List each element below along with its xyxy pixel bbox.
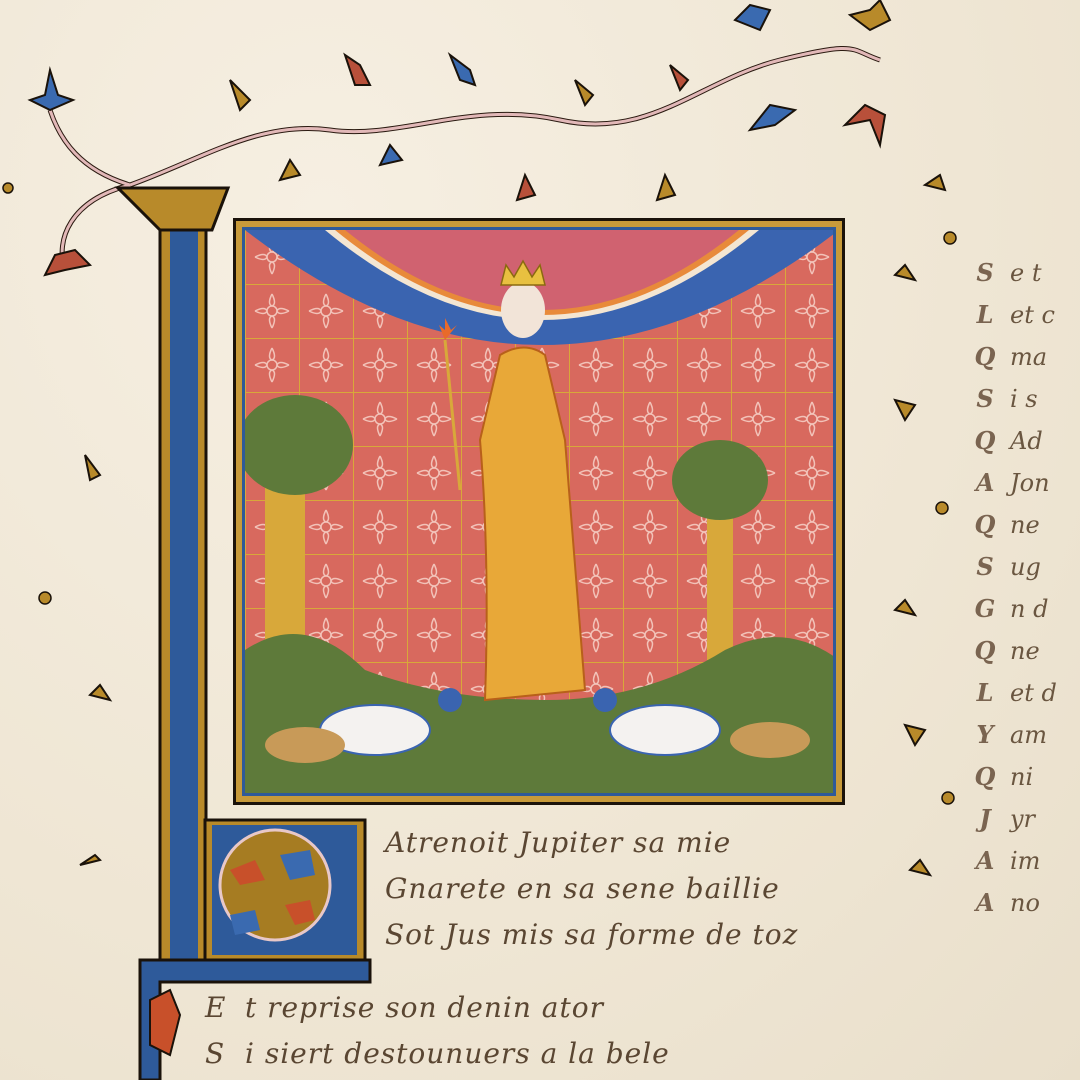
lower-text-block: Et reprise son denin ator Si siert desto… [205, 985, 670, 1077]
text-line: Si s [960, 378, 1080, 420]
miniature-inner-panel [242, 227, 836, 796]
text-line: Gn d [960, 588, 1080, 630]
juno-scene [245, 230, 836, 796]
text-line: Qne [960, 630, 1080, 672]
main-text-block: Atrenoit Jupiter sa mie Gnarete en sa se… [385, 820, 855, 958]
text-line: Let d [960, 672, 1080, 714]
text-line: Se t [960, 252, 1080, 294]
text-line: Aim [960, 840, 1080, 882]
leaf-icon [30, 70, 73, 110]
miniature-painting [233, 218, 845, 805]
text-line: Yam [960, 714, 1080, 756]
text-line: Si siert destounuers a la bele [205, 1031, 670, 1077]
text-line: Sug [960, 546, 1080, 588]
right-text-column: Se t Let c Qma Si s QAd AJon Qne Sug Gn … [960, 252, 1080, 924]
text-line: Jyr [960, 798, 1080, 840]
text-line: Qni [960, 756, 1080, 798]
text-line: Sot Jus mis sa forme de toz [385, 912, 855, 958]
text-line: AJon [960, 462, 1080, 504]
text-line: Gnarete en sa sene baillie [385, 866, 855, 912]
text-line: Atrenoit Jupiter sa mie [385, 820, 855, 866]
text-line: Qma [960, 336, 1080, 378]
text-line: QAd [960, 420, 1080, 462]
text-line: Let c [960, 294, 1080, 336]
text-line: Et reprise son denin ator [205, 985, 670, 1031]
text-line: Ano [960, 882, 1080, 924]
text-line: Qne [960, 504, 1080, 546]
